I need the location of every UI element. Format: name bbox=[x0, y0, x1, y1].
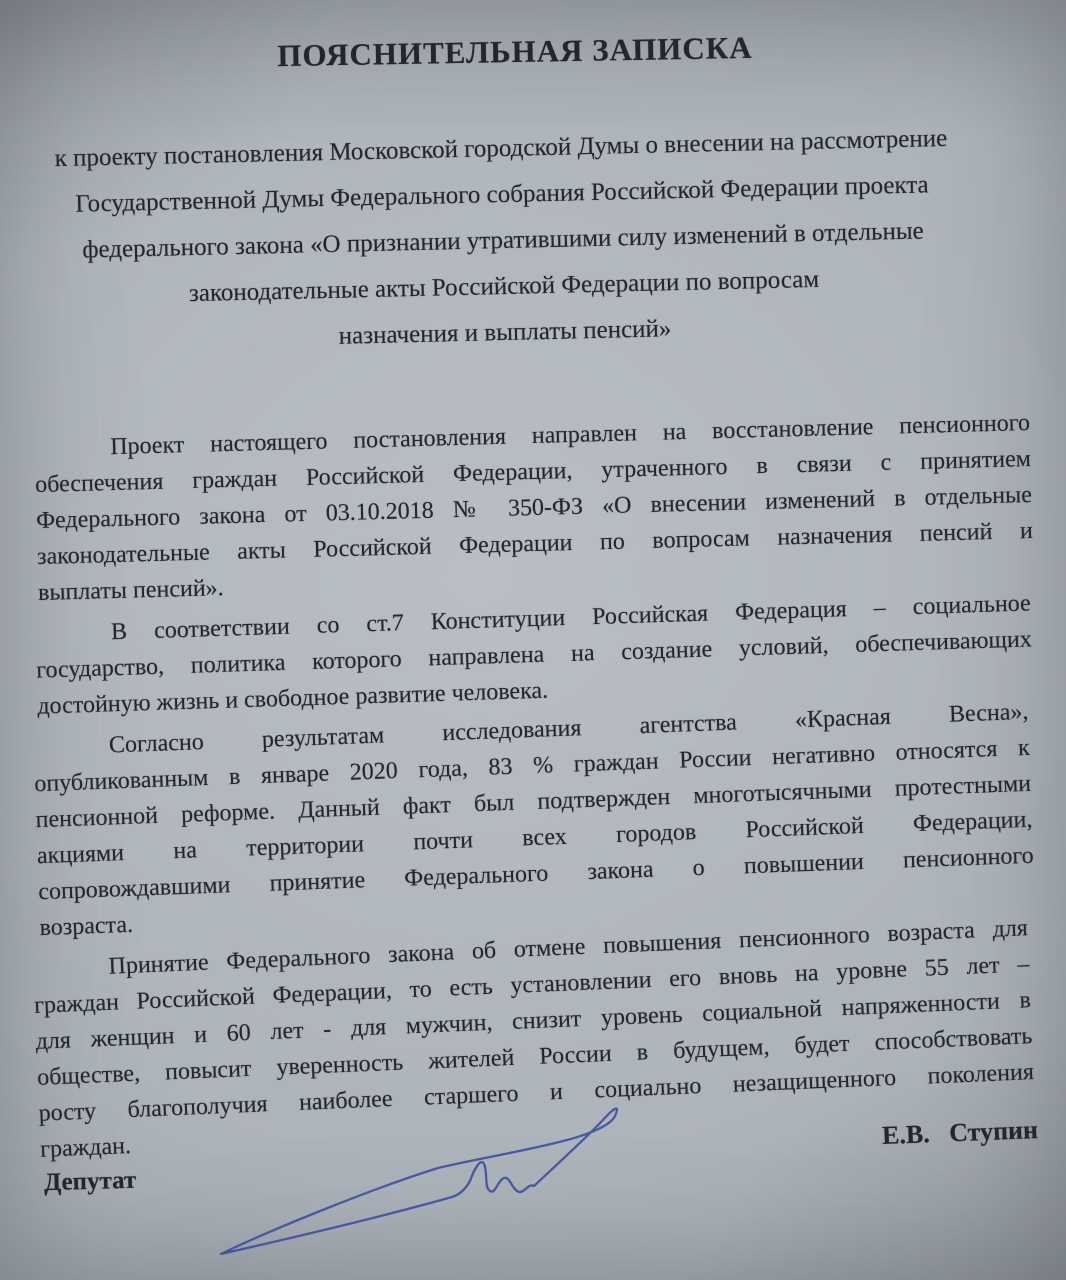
deputy-role-label: Депутат bbox=[44, 1167, 137, 1198]
paragraph-1: Проект настоящего постановления направле… bbox=[34, 405, 1034, 611]
signature-name: Е.В. Ступин bbox=[881, 1115, 1038, 1151]
document-photo: ПОЯСНИТЕЛЬНАЯ ЗАПИСКА к проекту постанов… bbox=[0, 0, 1066, 1280]
paragraph-3: Согласно результатам исследования агентс… bbox=[32, 694, 1035, 946]
document-body: Проект настоящего постановления направле… bbox=[36, 418, 1032, 1147]
page-title: ПОЯСНИТЕЛЬНАЯ ЗАПИСКА bbox=[36, 26, 994, 79]
document-subtitle: к проекту постановления Московской город… bbox=[34, 115, 973, 366]
document-page: ПОЯСНИТЕЛЬНАЯ ЗАПИСКА к проекту постанов… bbox=[0, 0, 1066, 1280]
